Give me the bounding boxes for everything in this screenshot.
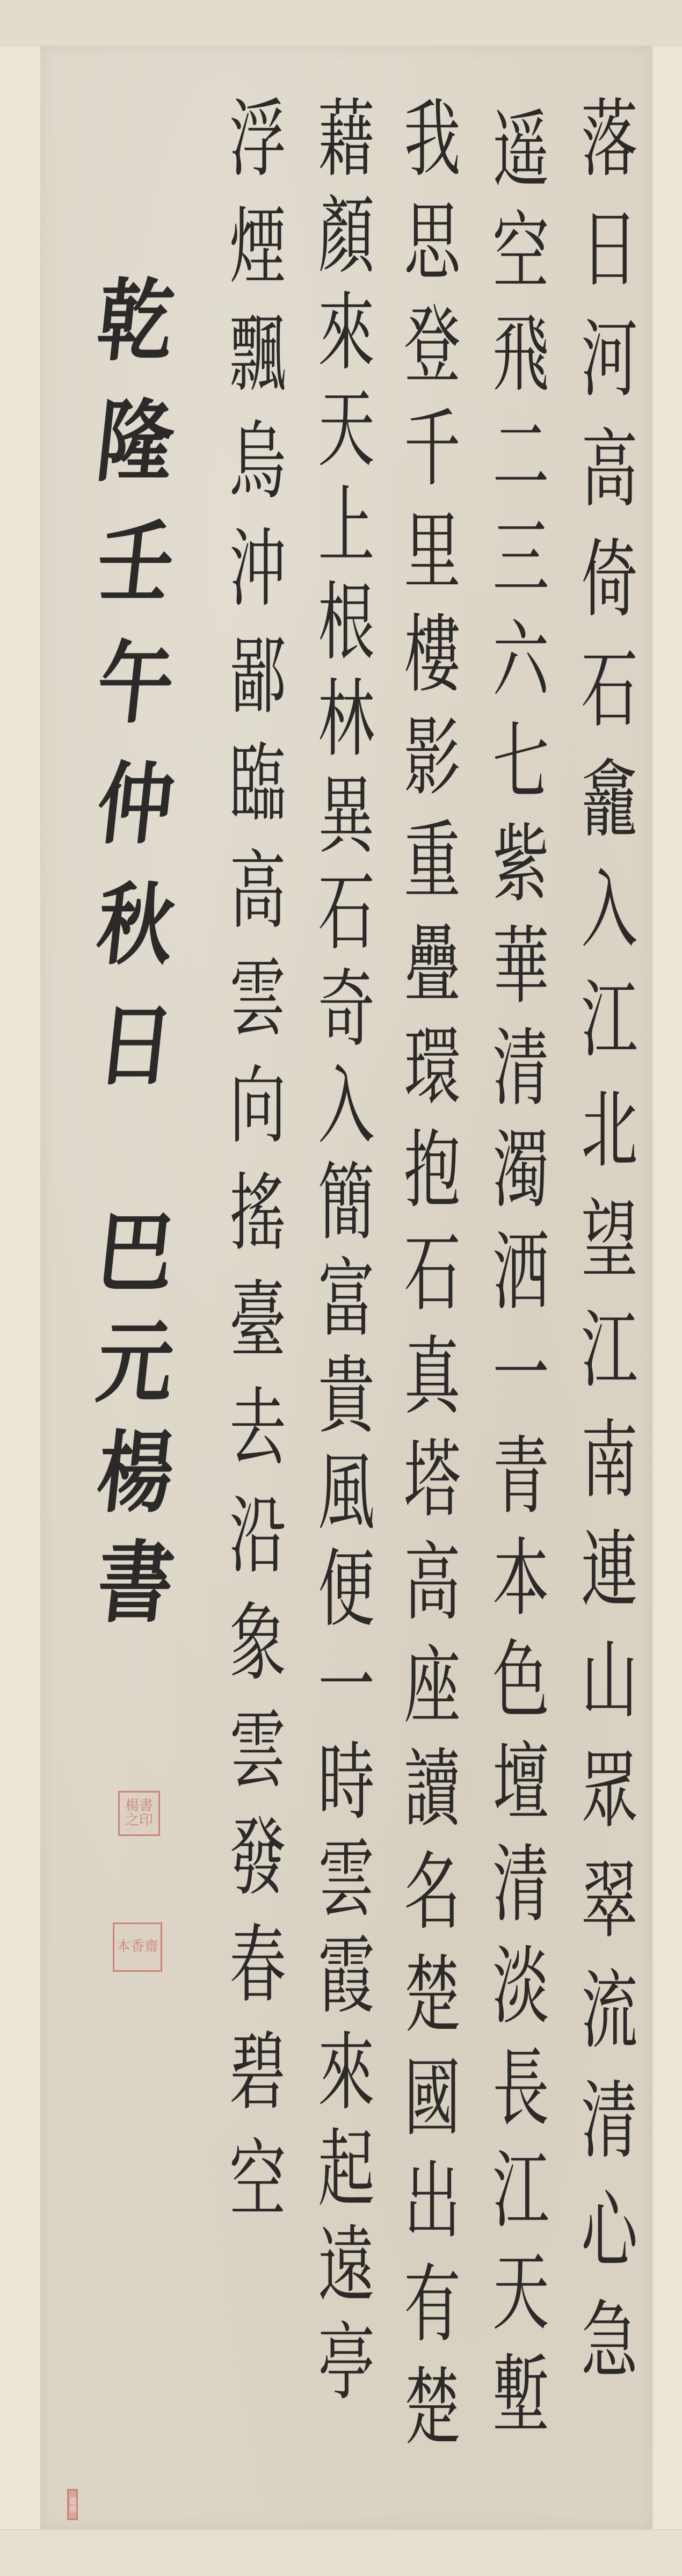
glyph: 長 — [493, 2047, 549, 2131]
glyph: 清 — [493, 1026, 549, 1111]
glyph: 洒 — [493, 1230, 549, 1315]
text-column-2: 遥空飛二三六七紫華清濁洒一青本色壇清淡長江天塹 — [481, 110, 561, 2457]
glyph: 楚 — [404, 1953, 461, 2038]
glyph: 乾 — [93, 277, 178, 365]
glyph: 煙 — [230, 205, 286, 289]
glyph: 江 — [582, 1308, 638, 1393]
glyph: 重 — [404, 819, 461, 904]
glyph-list: 落日河高倚石龕入江北望江南連山眾翠流清心急 — [569, 99, 650, 2411]
glyph: 本 — [493, 1536, 549, 1621]
inscription-signature: 巴元楊書 — [91, 1208, 180, 1649]
glyph: 入 — [318, 1064, 375, 1149]
glyph: 林 — [318, 677, 375, 762]
glyph: 北 — [582, 1088, 638, 1173]
glyph-list: 浮煙飄烏沖鄙臨高雲向搖臺去沿象雲發春碧空 — [217, 99, 298, 2247]
text-column-3: 我思登千里樓影重疊環抱石真塔高座讀名楚國出有楚 — [392, 99, 473, 2471]
glyph: 高 — [404, 1541, 461, 1626]
glyph: 元 — [93, 1318, 178, 1407]
glyph: 七 — [493, 720, 549, 805]
glyph: 一 — [318, 1644, 375, 1729]
text-column-1: 落日河高倚石龕入江北望江南連山眾翠流清心急 — [569, 99, 650, 2411]
glyph: 色 — [493, 1638, 549, 1723]
glyph-list: 藉顏來天上根林異石奇入簡富貴風便一時雲霞來起遠亭 — [306, 99, 387, 2419]
glyph: 我 — [404, 97, 461, 182]
glyph: 臨 — [230, 742, 286, 826]
seal-text: 楊書之印 — [122, 1799, 156, 1828]
glyph: 藉 — [318, 97, 375, 182]
mount-bottom-border — [0, 2529, 682, 2576]
mount-top-border — [0, 0, 682, 46]
glyph: 出 — [404, 2159, 461, 2244]
glyph: 烏 — [230, 419, 286, 504]
glyph: 日 — [93, 1002, 178, 1090]
glyph: 秋 — [93, 881, 178, 969]
glyph-list: 我思登千里樓影重疊環抱石真塔高座讀名楚國出有楚 — [392, 99, 473, 2471]
glyph: 亭 — [318, 2320, 375, 2405]
glyph: 心 — [582, 2189, 638, 2274]
glyph: 上 — [318, 484, 375, 569]
glyph: 江 — [582, 978, 638, 1063]
glyph: 國 — [404, 2056, 461, 2141]
glyph: 高 — [582, 427, 638, 512]
text-column-5: 浮煙飄烏沖鄙臨高雲向搖臺去沿象雲發春碧空 — [217, 99, 298, 2247]
glyph: 午 — [93, 639, 178, 728]
glyph: 清 — [493, 1842, 549, 1927]
seal-text: 鑑藏 — [69, 2497, 77, 2512]
glyph: 石 — [582, 648, 638, 732]
glyph: 清 — [582, 2079, 638, 2164]
glyph: 空 — [230, 2138, 286, 2223]
glyph: 塔 — [404, 1438, 461, 1522]
glyph: 淡 — [493, 1944, 549, 2029]
glyph: 真 — [404, 1334, 461, 1419]
glyph: 富 — [318, 1257, 375, 1342]
glyph: 一 — [493, 1332, 549, 1417]
glyph: 華 — [493, 924, 549, 1009]
glyph: 翠 — [582, 1859, 638, 1943]
glyph: 石 — [404, 1231, 461, 1316]
glyph: 讀 — [404, 1747, 461, 1832]
glyph: 飛 — [493, 312, 549, 397]
glyph: 巴 — [93, 1208, 178, 1297]
glyph: 六 — [493, 618, 549, 703]
glyph: 遠 — [318, 2224, 375, 2309]
glyph: 雲 — [230, 1708, 286, 1793]
glyph: 千 — [404, 407, 461, 491]
glyph: 河 — [582, 317, 638, 402]
glyph: 來 — [318, 291, 375, 375]
glyph: 來 — [318, 2030, 375, 2115]
glyph: 飄 — [230, 312, 286, 397]
glyph-list: 遥空飛二三六七紫華清濁洒一青本色壇清淡長江天塹 — [481, 110, 561, 2457]
glyph: 浮 — [230, 97, 286, 182]
glyph: 貴 — [318, 1354, 375, 1439]
glyph: 疊 — [404, 922, 461, 1007]
glyph: 遥 — [493, 108, 549, 193]
glyph: 仲 — [93, 760, 178, 848]
glyph: 風 — [318, 1450, 375, 1535]
glyph: 有 — [404, 2262, 461, 2347]
glyph: 青 — [493, 1434, 549, 1519]
text-column-4: 藉顏來天上根林異石奇入簡富貴風便一時雲霞來起遠亭 — [306, 99, 387, 2419]
glyph: 壬 — [93, 518, 178, 607]
glyph: 隆 — [93, 397, 178, 486]
glyph: 抱 — [404, 1128, 461, 1213]
glyph: 雲 — [318, 1837, 375, 1922]
glyph: 座 — [404, 1644, 461, 1729]
glyph: 樓 — [404, 613, 461, 698]
glyph: 山 — [582, 1638, 638, 1723]
glyph: 雲 — [230, 956, 286, 1041]
glyph: 影 — [404, 716, 461, 801]
glyph: 時 — [318, 1740, 375, 1825]
glyph: 沿 — [230, 1493, 286, 1578]
glyph: 象 — [230, 1601, 286, 1686]
glyph: 簡 — [318, 1160, 375, 1245]
glyph: 鄙 — [230, 634, 286, 719]
glyph: 二 — [493, 414, 549, 499]
inscription-date: 乾隆壬午仲秋日 — [91, 277, 180, 1122]
glyph: 連 — [582, 1528, 638, 1613]
glyph: 塹 — [493, 2353, 549, 2437]
glyph: 沖 — [230, 527, 286, 612]
glyph: 名 — [404, 1850, 461, 1935]
seal-corner: 鑑藏 — [67, 2489, 78, 2520]
glyph: 龕 — [582, 758, 638, 843]
glyph: 異 — [318, 774, 375, 859]
glyph: 楚 — [404, 2365, 461, 2450]
glyph: 落 — [582, 97, 638, 182]
glyph: 奇 — [318, 967, 375, 1052]
seal-upper: 楊書之印 — [118, 1791, 160, 1836]
glyph: 楊 — [93, 1428, 178, 1517]
glyph: 碧 — [230, 2030, 286, 2115]
glyph: 向 — [230, 1064, 286, 1149]
glyph: 倚 — [582, 538, 638, 622]
glyph: 思 — [404, 200, 461, 285]
glyph: 天 — [318, 387, 375, 472]
glyph: 壇 — [493, 1740, 549, 1825]
glyph: 石 — [318, 870, 375, 955]
glyph: 便 — [318, 1547, 375, 1632]
glyph: 流 — [582, 1969, 638, 2053]
glyph: 空 — [493, 210, 549, 295]
glyph: 春 — [230, 1923, 286, 2008]
glyph: 去 — [230, 1386, 286, 1471]
glyph: 天 — [493, 2251, 549, 2335]
glyph: 登 — [404, 303, 461, 388]
glyph: 日 — [582, 207, 638, 292]
glyph: 三 — [493, 516, 549, 601]
glyph: 南 — [582, 1418, 638, 1503]
glyph: 臺 — [230, 1279, 286, 1363]
glyph: 發 — [230, 1816, 286, 1900]
glyph: 急 — [582, 2299, 638, 2384]
glyph: 霞 — [318, 1934, 375, 2019]
glyph: 高 — [230, 849, 286, 934]
glyph: 眾 — [582, 1748, 638, 1833]
glyph: 搖 — [230, 1171, 286, 1256]
glyph: 濁 — [493, 1128, 549, 1213]
glyph: 起 — [318, 2127, 375, 2212]
glyph: 江 — [493, 2149, 549, 2233]
seal-text: 本香齋 — [117, 1940, 158, 1954]
glyph: 書 — [93, 1539, 178, 1627]
calligraphy-panel: 落日河高倚石龕入江北望江南連山眾翠流清心急 遥空飛二三六七紫華清濁洒一青本色壇清… — [40, 46, 652, 2529]
glyph: 顏 — [318, 194, 375, 279]
glyph: 望 — [582, 1198, 638, 1283]
glyph: 環 — [404, 1025, 461, 1110]
seal-lower: 本香齋 — [113, 1922, 162, 1972]
glyph: 里 — [404, 510, 461, 594]
glyph: 根 — [318, 580, 375, 665]
inscription-column: 乾隆壬午仲秋日 巴元楊書 — [91, 277, 180, 1649]
glyph: 入 — [582, 868, 638, 953]
glyph: 紫 — [493, 822, 549, 907]
